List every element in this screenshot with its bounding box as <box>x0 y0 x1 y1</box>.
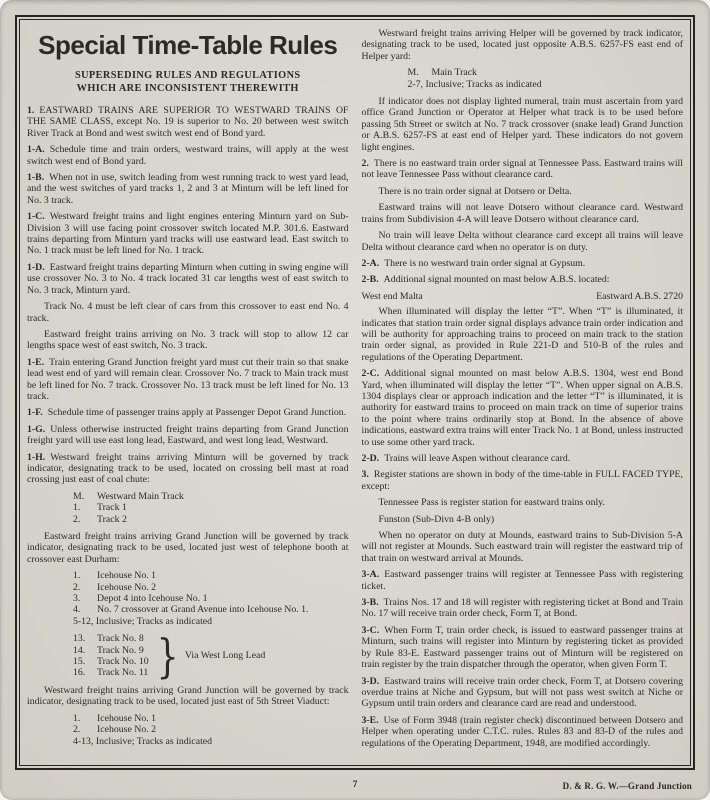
track-list-items: 13.Track No. 814.Track No. 915.Track No.… <box>73 633 149 679</box>
brace-glyph: } <box>156 636 178 676</box>
list-item-text: 5-12, Inclusive; Tracks as indicated <box>73 616 212 627</box>
rule-paragraph: 3-D.Eastward trains will receive train o… <box>362 676 684 710</box>
rule-label: 3-A. <box>362 569 385 580</box>
rule-paragraph: 1-B.When not in use, switch leading from… <box>27 172 349 206</box>
page-footer: 7 D. & R. G. W.—Grand Junction <box>15 779 695 795</box>
paragraph: Tennessee Pass is register station for e… <box>362 497 684 508</box>
rule-text: Additional signal mounted on mast below … <box>362 368 684 447</box>
rule-text: When not in use, switch leading from wes… <box>27 172 349 206</box>
rule-label: 2. <box>362 158 374 169</box>
track-list: M.Westward Main Track1.Track 12.Track 2 <box>73 491 349 525</box>
list-item-text: Track 2 <box>97 514 127 525</box>
list-item-text: Track No. 9 <box>97 645 144 656</box>
list-item-number: M. <box>73 491 97 502</box>
page-number: 7 <box>353 780 358 790</box>
rule-text: Trains will leave Aspen without clearanc… <box>384 453 570 464</box>
list-item-text: 2-7, Inclusive; Tracks as indicated <box>408 79 542 90</box>
rule-label: 1-B. <box>27 172 49 183</box>
rule-label: 3-C. <box>362 625 385 636</box>
rule-label: 1-C. <box>27 211 50 222</box>
list-item: M.Main Track <box>408 67 684 78</box>
list-item: 2-7, Inclusive; Tracks as indicated <box>408 79 684 90</box>
rule-paragraph: 2.There is no eastward train order signa… <box>362 158 684 181</box>
list-item-number: 2. <box>73 514 97 525</box>
split-right-text: Eastward A.B.S. 2720 <box>596 291 683 302</box>
track-list: M.Main Track2-7, Inclusive; Tracks as in… <box>408 67 684 90</box>
track-list-items: M.Main Track2-7, Inclusive; Tracks as in… <box>408 67 684 90</box>
list-item: 13.Track No. 8 <box>73 633 149 644</box>
list-item: 2.Icehouse No. 2 <box>73 724 349 735</box>
rule-paragraph: 1-E.Train entering Grand Junction freigh… <box>27 357 349 403</box>
rule-label: 1-D. <box>27 262 50 273</box>
list-item: 1.Icehouse No. 1 <box>73 570 349 581</box>
paragraph: Funston (Sub-Divn 4-B only) <box>362 514 684 525</box>
footer-railroad-label: D. & R. G. W.—Grand Junction <box>563 781 692 791</box>
list-item: 2.Icehouse No. 2 <box>73 582 349 593</box>
list-item: 15.Track No. 10 <box>73 656 149 667</box>
brace-label: Via West Long Lead <box>185 650 265 661</box>
paragraph: No train will leave Delta without cleara… <box>362 230 684 253</box>
rule-label: 1-H. <box>27 452 50 463</box>
split-left-text: West end Malta <box>362 291 423 302</box>
list-item-text: Icehouse No. 1 <box>97 570 156 581</box>
rule-text: Trains Nos. 17 and 18 will register with… <box>362 597 684 619</box>
rule-text: Unless otherwise instructed freight trai… <box>27 424 349 446</box>
list-item-text: Main Track <box>432 67 477 78</box>
list-item: 4.No. 7 crossover at Grand Avenue into I… <box>73 604 349 615</box>
rule-text: Schedule time of passenger trains apply … <box>48 407 346 418</box>
left-column-blocks: 1.EASTWARD TRAINS ARE SUPERIOR TO WESTWA… <box>27 105 349 747</box>
rule-text: Eastward freight trains departing Mintur… <box>27 262 349 296</box>
list-item-number: 13. <box>73 633 97 644</box>
rule-paragraph: 1-A.Schedule time and train orders, west… <box>27 144 349 167</box>
rule-paragraph: 1.EASTWARD TRAINS ARE SUPERIOR TO WESTWA… <box>27 105 349 139</box>
list-item-number: 1. <box>73 502 97 513</box>
rule-text: EASTWARD TRAINS ARE SUPERIOR TO WESTWARD… <box>27 105 349 139</box>
list-item: 4-13, Inclusive; Tracks as indicated <box>73 736 349 747</box>
rule-paragraph: 3-E.Use of Form 3948 (train register che… <box>362 715 684 749</box>
rule-label: 1. <box>27 105 39 116</box>
list-item: 1.Icehouse No. 1 <box>73 713 349 724</box>
paragraph: Westward freight trains arriving Helper … <box>362 28 684 62</box>
paragraph: There is no train order signal at Dotser… <box>362 186 684 197</box>
page-title: Special Time-Table Rules <box>27 30 349 60</box>
page-content: Special Time-Table Rules SUPERSEDING RUL… <box>19 19 691 766</box>
rule-paragraph: 3-A.Eastward passenger trains will regis… <box>362 569 684 592</box>
list-item: M.Westward Main Track <box>73 491 349 502</box>
rule-text: Use of Form 3948 (train register check) … <box>362 715 684 749</box>
track-list: 1.Icehouse No. 12.Icehouse No. 23.Depot … <box>73 570 349 627</box>
list-item-number: 16. <box>73 667 97 678</box>
rule-paragraph: 2-B.Additional signal mounted on mast be… <box>362 274 684 285</box>
list-item-number: 4. <box>73 604 97 615</box>
list-item-number: 2. <box>73 582 97 593</box>
list-item-number: 15. <box>73 656 97 667</box>
rule-text: There is no westward train order signal … <box>384 258 585 269</box>
rule-label: 3-D. <box>362 676 385 687</box>
rule-label: 1-A. <box>27 144 50 155</box>
track-list-items: 1.Icehouse No. 12.Icehouse No. 24-13, In… <box>73 713 349 747</box>
rule-text: Schedule time and train orders, westward… <box>27 144 349 166</box>
paragraph: When illuminated will display the letter… <box>362 306 684 363</box>
paragraph: If indicator does not display lighted nu… <box>362 96 684 153</box>
list-item-text: Depot 4 into Icehouse No. 1 <box>97 593 207 604</box>
rule-paragraph: 2-C.Additional signal mounted on mast be… <box>362 368 684 448</box>
track-list-items: M.Westward Main Track1.Track 12.Track 2 <box>73 491 349 525</box>
page-subtitle: SUPERSEDING RULES AND REGULATIONS WHICH … <box>57 69 319 95</box>
list-item-text: Westward Main Track <box>97 491 184 502</box>
rule-text: Eastward trains will receive train order… <box>362 676 684 710</box>
paragraph: Track No. 4 must be left clear of cars f… <box>27 301 349 324</box>
rule-paragraph: 3-B.Trains Nos. 17 and 18 will register … <box>362 597 684 620</box>
list-item: 5-12, Inclusive; Tracks as indicated <box>73 616 349 627</box>
rule-label: 1-F. <box>27 407 48 418</box>
list-item-text: 4-13, Inclusive; Tracks as indicated <box>73 736 212 747</box>
rule-label: 3-E. <box>362 715 384 726</box>
rule-paragraph: 2-D.Trains will leave Aspen without clea… <box>362 453 684 464</box>
right-column: Westward freight trains arriving Helper … <box>362 28 684 763</box>
rule-label: 2-A. <box>362 258 385 269</box>
rule-paragraph: 3-C.When Form T, train order check, is i… <box>362 625 684 671</box>
rule-label: 1-E. <box>27 357 49 368</box>
rule-paragraph: 2-A.There is no westward train order sig… <box>362 258 684 269</box>
list-item: 16.Track No. 11 <box>73 667 149 678</box>
rule-label: 2-B. <box>362 274 384 285</box>
list-item-text: Track 1 <box>97 502 127 513</box>
list-item-number: 3. <box>73 593 97 604</box>
rule-label: 3. <box>362 469 374 480</box>
list-item: 1.Track 1 <box>73 502 349 513</box>
rule-paragraph: 1-C.Westward freight trains and light en… <box>27 211 349 257</box>
rule-label: 3-B. <box>362 597 384 608</box>
rule-text: Register stations are shown in body of t… <box>362 469 684 491</box>
track-list-items: 1.Icehouse No. 12.Icehouse No. 23.Depot … <box>73 570 349 627</box>
list-item: 3.Depot 4 into Icehouse No. 1 <box>73 593 349 604</box>
list-item-number: 2. <box>73 724 97 735</box>
list-item: 14.Track No. 9 <box>73 645 149 656</box>
rule-text: Additional signal mounted on mast below … <box>384 274 610 285</box>
left-column: Special Time-Table Rules SUPERSEDING RUL… <box>27 28 349 763</box>
rule-paragraph: 1-H.Westward freight trains arriving Min… <box>27 452 349 486</box>
paragraph: When no operator on duty at Mounds, east… <box>362 530 684 564</box>
rule-text: When Form T, train order check, is issue… <box>362 625 684 670</box>
paragraph: Westward freight trains arriving Grand J… <box>27 685 349 708</box>
rule-text: Westward freight trains arriving Minturn… <box>27 452 349 486</box>
two-part-line: West end MaltaEastward A.B.S. 2720 <box>362 291 684 302</box>
paragraph: Eastward trains will not leave Dotsero w… <box>362 202 684 225</box>
rule-text: Train entering Grand Junction freight ya… <box>27 357 349 402</box>
list-item-text: Icehouse No. 1 <box>97 713 156 724</box>
list-item-number: M. <box>408 67 432 78</box>
track-list: 13.Track No. 814.Track No. 915.Track No.… <box>73 633 349 679</box>
rule-paragraph: 1-F.Schedule time of passenger trains ap… <box>27 407 349 418</box>
list-item-number: 1. <box>73 713 97 724</box>
rule-text: Eastward passenger trains will register … <box>362 569 684 591</box>
rule-paragraph: 3.Register stations are shown in body of… <box>362 469 684 492</box>
rule-label: 2-C. <box>362 368 385 379</box>
rule-text: There is no eastward train order signal … <box>362 158 684 180</box>
list-item-number: 1. <box>73 570 97 581</box>
paragraph: Eastward freight trains arriving Grand J… <box>27 531 349 565</box>
list-item-number: 14. <box>73 645 97 656</box>
list-item-text: Track No. 8 <box>97 633 144 644</box>
list-item-text: Track No. 11 <box>97 667 148 678</box>
rule-paragraph: 1-D.Eastward freight trains departing Mi… <box>27 262 349 296</box>
list-item-text: Icehouse No. 2 <box>97 582 156 593</box>
document-page: Special Time-Table Rules SUPERSEDING RUL… <box>0 0 710 800</box>
page-border-frame: Special Time-Table Rules SUPERSEDING RUL… <box>15 15 695 770</box>
list-item-text: Track No. 10 <box>97 656 149 667</box>
rule-text: Westward freight trains and light engine… <box>27 211 349 256</box>
list-item-text: No. 7 crossover at Grand Avenue into Ice… <box>97 604 308 615</box>
rule-label: 2-D. <box>362 453 385 464</box>
rule-label: 1-G. <box>27 424 50 435</box>
paragraph: Eastward freight trains arriving on No. … <box>27 329 349 352</box>
list-item-text: Icehouse No. 2 <box>97 724 156 735</box>
list-item: 2.Track 2 <box>73 514 349 525</box>
track-list: 1.Icehouse No. 12.Icehouse No. 24-13, In… <box>73 713 349 747</box>
rule-paragraph: 1-G.Unless otherwise instructed freight … <box>27 424 349 447</box>
right-column-blocks: Westward freight trains arriving Helper … <box>362 28 684 749</box>
